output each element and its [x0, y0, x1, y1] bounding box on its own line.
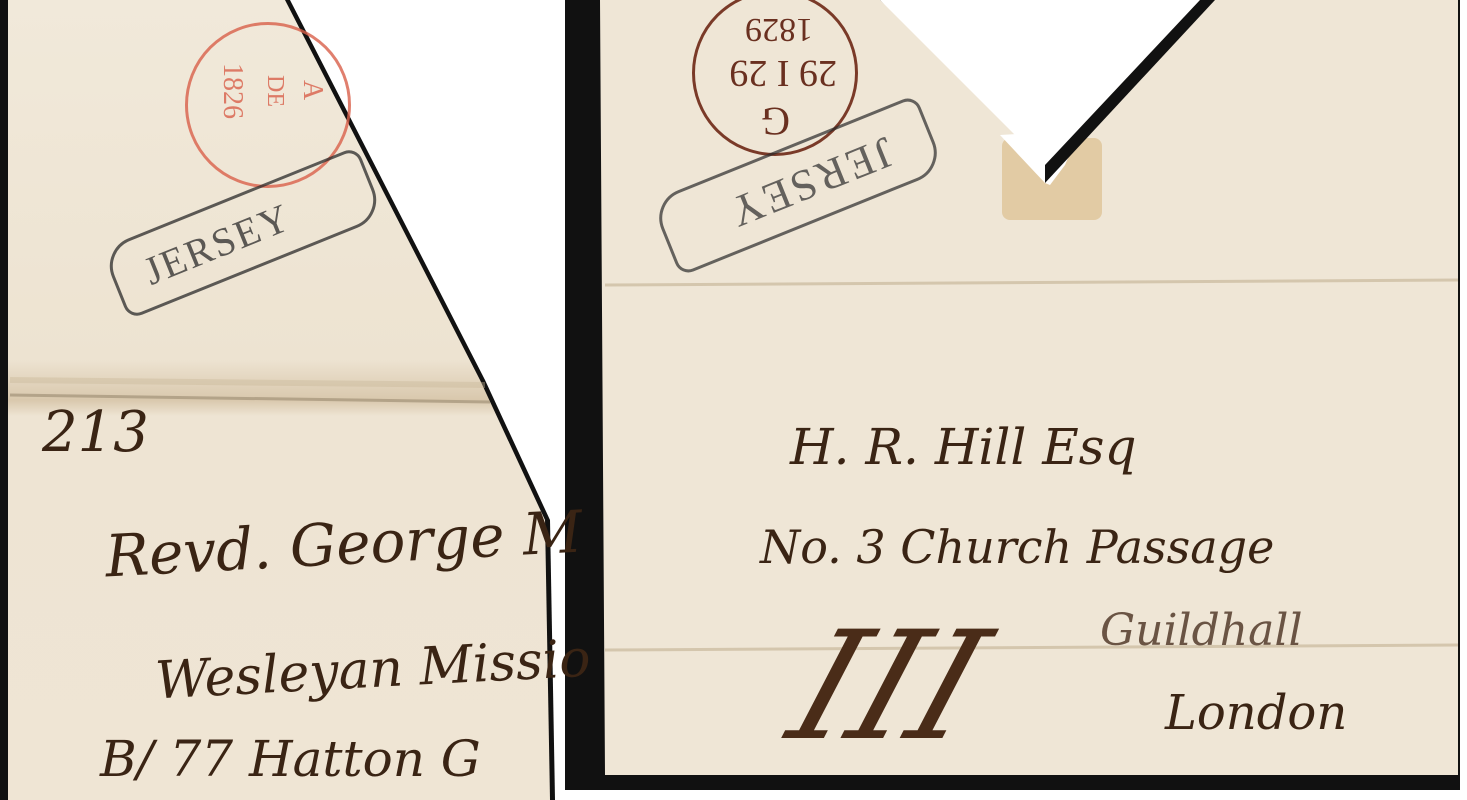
photograph: A DE 1826 JERSEY 213 Revd. George M Wesl…: [0, 0, 1467, 800]
address-line-3: B/ 77 Hatton G: [100, 730, 481, 788]
addressee-name: H. R. Hill Esq: [790, 418, 1136, 476]
docket-number: 213: [42, 400, 149, 465]
street-line: No. 3 Church Passage: [760, 520, 1274, 574]
city-line: London: [1165, 685, 1347, 741]
district-line: Guildhall: [1100, 605, 1303, 656]
